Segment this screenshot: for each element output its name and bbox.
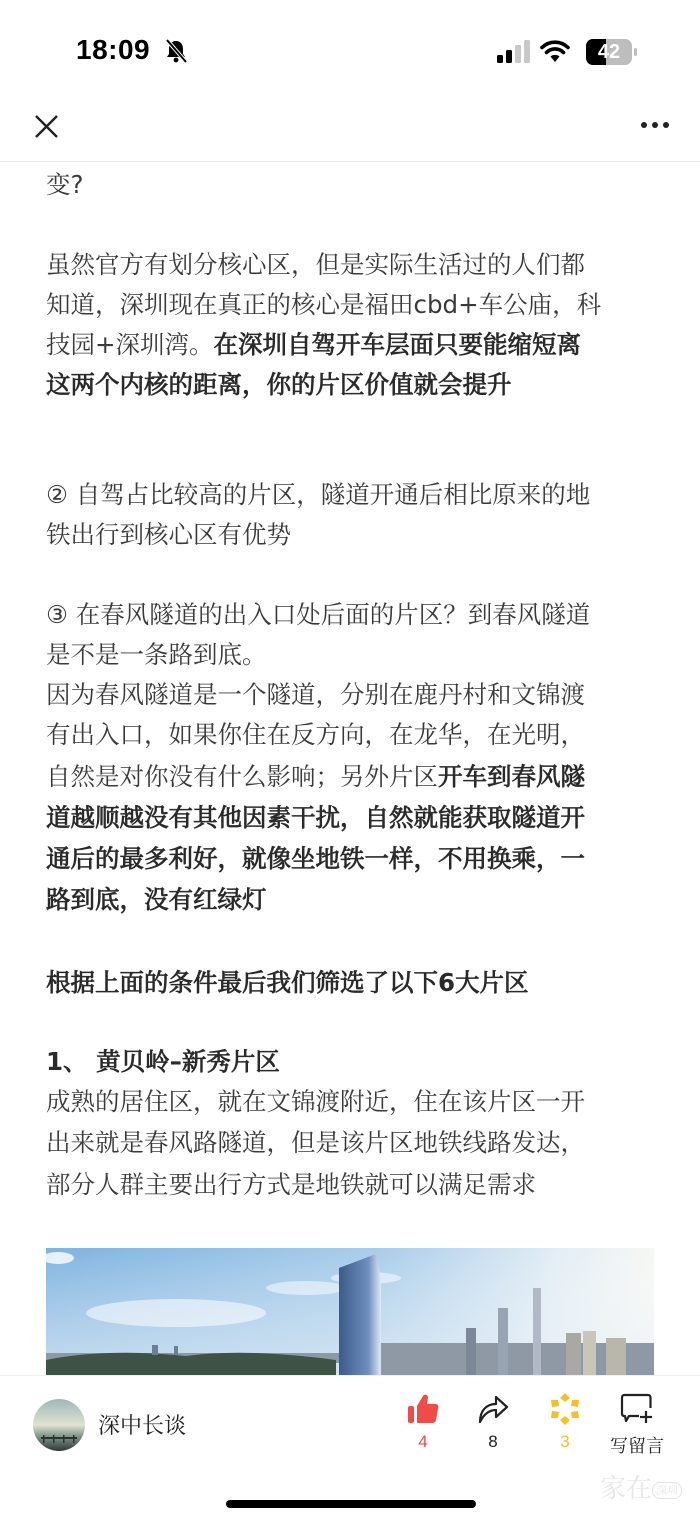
thumbs-up-icon xyxy=(405,1392,441,1426)
write-comment-button[interactable]: 写留言 xyxy=(602,1392,672,1458)
section-heading: 1、 黄贝岭–新秀片区 xyxy=(46,1046,280,1078)
write-comment-label: 写留言 xyxy=(602,1432,672,1458)
article-line: 部分人群主要出行方式是地铁就可以满足需求 xyxy=(46,1169,536,1201)
watermark: 家在深圳 xyxy=(600,1468,682,1505)
bold-text-segment: 通后的最多利好，就像坐地铁一样，不用换乘，一 xyxy=(46,844,585,873)
close-icon[interactable] xyxy=(28,108,64,144)
text-segment: 知道，深圳现在真正的核心是福田cbd+车公庙，科 xyxy=(46,290,601,319)
avatar-image xyxy=(33,1399,85,1451)
article-line: 是不是一条路到底。 xyxy=(46,639,267,671)
share-arrow-icon xyxy=(475,1392,511,1426)
article-body: 变? 虽然官方有划分核心区，但是实际生活过的人们都 知道，深圳现在真正的核心是福… xyxy=(46,163,658,1375)
bold-text-segment: 1、 黄贝岭–新秀片区 xyxy=(46,1047,280,1076)
share-button[interactable]: 8 xyxy=(458,1392,528,1452)
like-button[interactable]: 4 xyxy=(388,1392,458,1452)
bell-slash-icon xyxy=(163,38,189,64)
status-time: 18:09 xyxy=(76,34,150,66)
text-segment: 变? xyxy=(46,170,84,199)
home-indicator[interactable] xyxy=(226,1500,476,1508)
top-nav-bar xyxy=(0,100,700,162)
wow-count: 3 xyxy=(530,1432,600,1452)
skyline-illustration xyxy=(46,1248,654,1375)
watermark-sub: 深圳 xyxy=(652,1482,682,1499)
bold-text-segment: 路到底，没有红绿灯 xyxy=(46,885,267,914)
text-segment: 铁出行到核心区有优势 xyxy=(46,520,291,549)
article-line: 技园+深圳湾。在深圳自驾开车层面只要能缩短离 xyxy=(46,329,581,361)
text-segment: 技园+深圳湾。 xyxy=(46,330,214,359)
article-line: 因为春风隧道是一个隧道，分别在鹿丹村和文锦渡 xyxy=(46,679,585,711)
bottom-action-bar: 深中长谈 4 8 3 xyxy=(0,1375,700,1521)
watermark-text: 家在 xyxy=(600,1474,652,1504)
article-line: 知道，深圳现在真正的核心是福田cbd+车公庙，科 xyxy=(46,289,601,321)
article-line: ② 自驾占比较高的片区，隧道开通后相比原来的地 xyxy=(46,479,590,511)
share-count: 8 xyxy=(458,1432,528,1452)
article-line: 这两个内核的距离，你的片区价值就会提升 xyxy=(46,369,512,401)
bold-text-segment: 道越顺越没有其他因素干扰，自然就能获取隧道开 xyxy=(46,803,585,832)
author-avatar[interactable] xyxy=(33,1399,85,1451)
author-name[interactable]: 深中长谈 xyxy=(98,1409,186,1440)
article-line: 铁出行到核心区有优势 xyxy=(46,519,291,551)
city-skyline-image[interactable] xyxy=(46,1248,654,1375)
article-line: 根据上面的条件最后我们筛选了以下6大片区 xyxy=(46,967,529,999)
text-segment: 虽然官方有划分核心区，但是实际生活过的人们都 xyxy=(46,250,585,279)
article-line: 通后的最多利好，就像坐地铁一样，不用换乘，一 xyxy=(46,843,585,875)
article-line: ③ 在春风隧道的出入口处后面的片区？到春风隧道 xyxy=(46,599,590,631)
article-line: 有出入口，如果你住在反方向，在龙华，在光明， xyxy=(46,719,585,751)
wifi-icon xyxy=(540,38,570,64)
status-bar: 18:09 42 xyxy=(0,0,700,100)
text-segment: 因为春风隧道是一个隧道，分别在鹿丹村和文锦渡 xyxy=(46,680,585,709)
wow-button[interactable]: 3 xyxy=(530,1392,600,1452)
like-count: 4 xyxy=(388,1432,458,1452)
text-segment: 是不是一条路到底。 xyxy=(46,640,267,669)
text-segment: ③ 在春风隧道的出入口处后面的片区？到春风隧道 xyxy=(46,600,590,629)
article-line: 虽然官方有划分核心区，但是实际生活过的人们都 xyxy=(46,249,585,281)
article-line: 路到底，没有红绿灯 xyxy=(46,884,267,916)
battery-percent: 42 xyxy=(586,39,632,65)
article-line: 自然是对你没有什么影响；另外片区开车到春风隧 xyxy=(46,761,585,793)
bold-text-segment: 在深圳自驾开车层面只要能缩短离 xyxy=(214,330,582,359)
article-line: 出来就是春风路隧道，但是该片区地铁线路发达， xyxy=(46,1127,585,1159)
bold-text-segment: 根据上面的条件最后我们筛选了以下6大片区 xyxy=(46,968,529,997)
more-icon[interactable] xyxy=(636,112,676,138)
text-segment: 成熟的居住区，就在文锦渡附近，住在该片区一开 xyxy=(46,1087,585,1116)
bold-text-segment: 开车到春风隧 xyxy=(438,762,585,791)
text-segment: 出来就是春风路隧道，但是该片区地铁线路发达， xyxy=(46,1128,585,1157)
comment-add-icon xyxy=(619,1392,655,1426)
article-line: 成熟的居住区，就在文锦渡附近，住在该片区一开 xyxy=(46,1086,585,1118)
text-segment: ② 自驾占比较高的片区，隧道开通后相比原来的地 xyxy=(46,480,590,509)
cellular-signal-icon xyxy=(496,40,532,64)
article-line: 变? xyxy=(46,169,84,201)
text-segment: 有出入口，如果你住在反方向，在龙华，在光明， xyxy=(46,720,585,749)
text-segment: 部分人群主要出行方式是地铁就可以满足需求 xyxy=(46,1170,536,1199)
wow-flower-icon xyxy=(547,1392,583,1426)
battery-indicator: 42 xyxy=(586,39,638,65)
bold-text-segment: 这两个内核的距离，你的片区价值就会提升 xyxy=(46,370,512,399)
article-line: 道越顺越没有其他因素干扰，自然就能获取隧道开 xyxy=(46,802,585,834)
text-segment: 自然是对你没有什么影响；另外片区 xyxy=(46,762,438,791)
